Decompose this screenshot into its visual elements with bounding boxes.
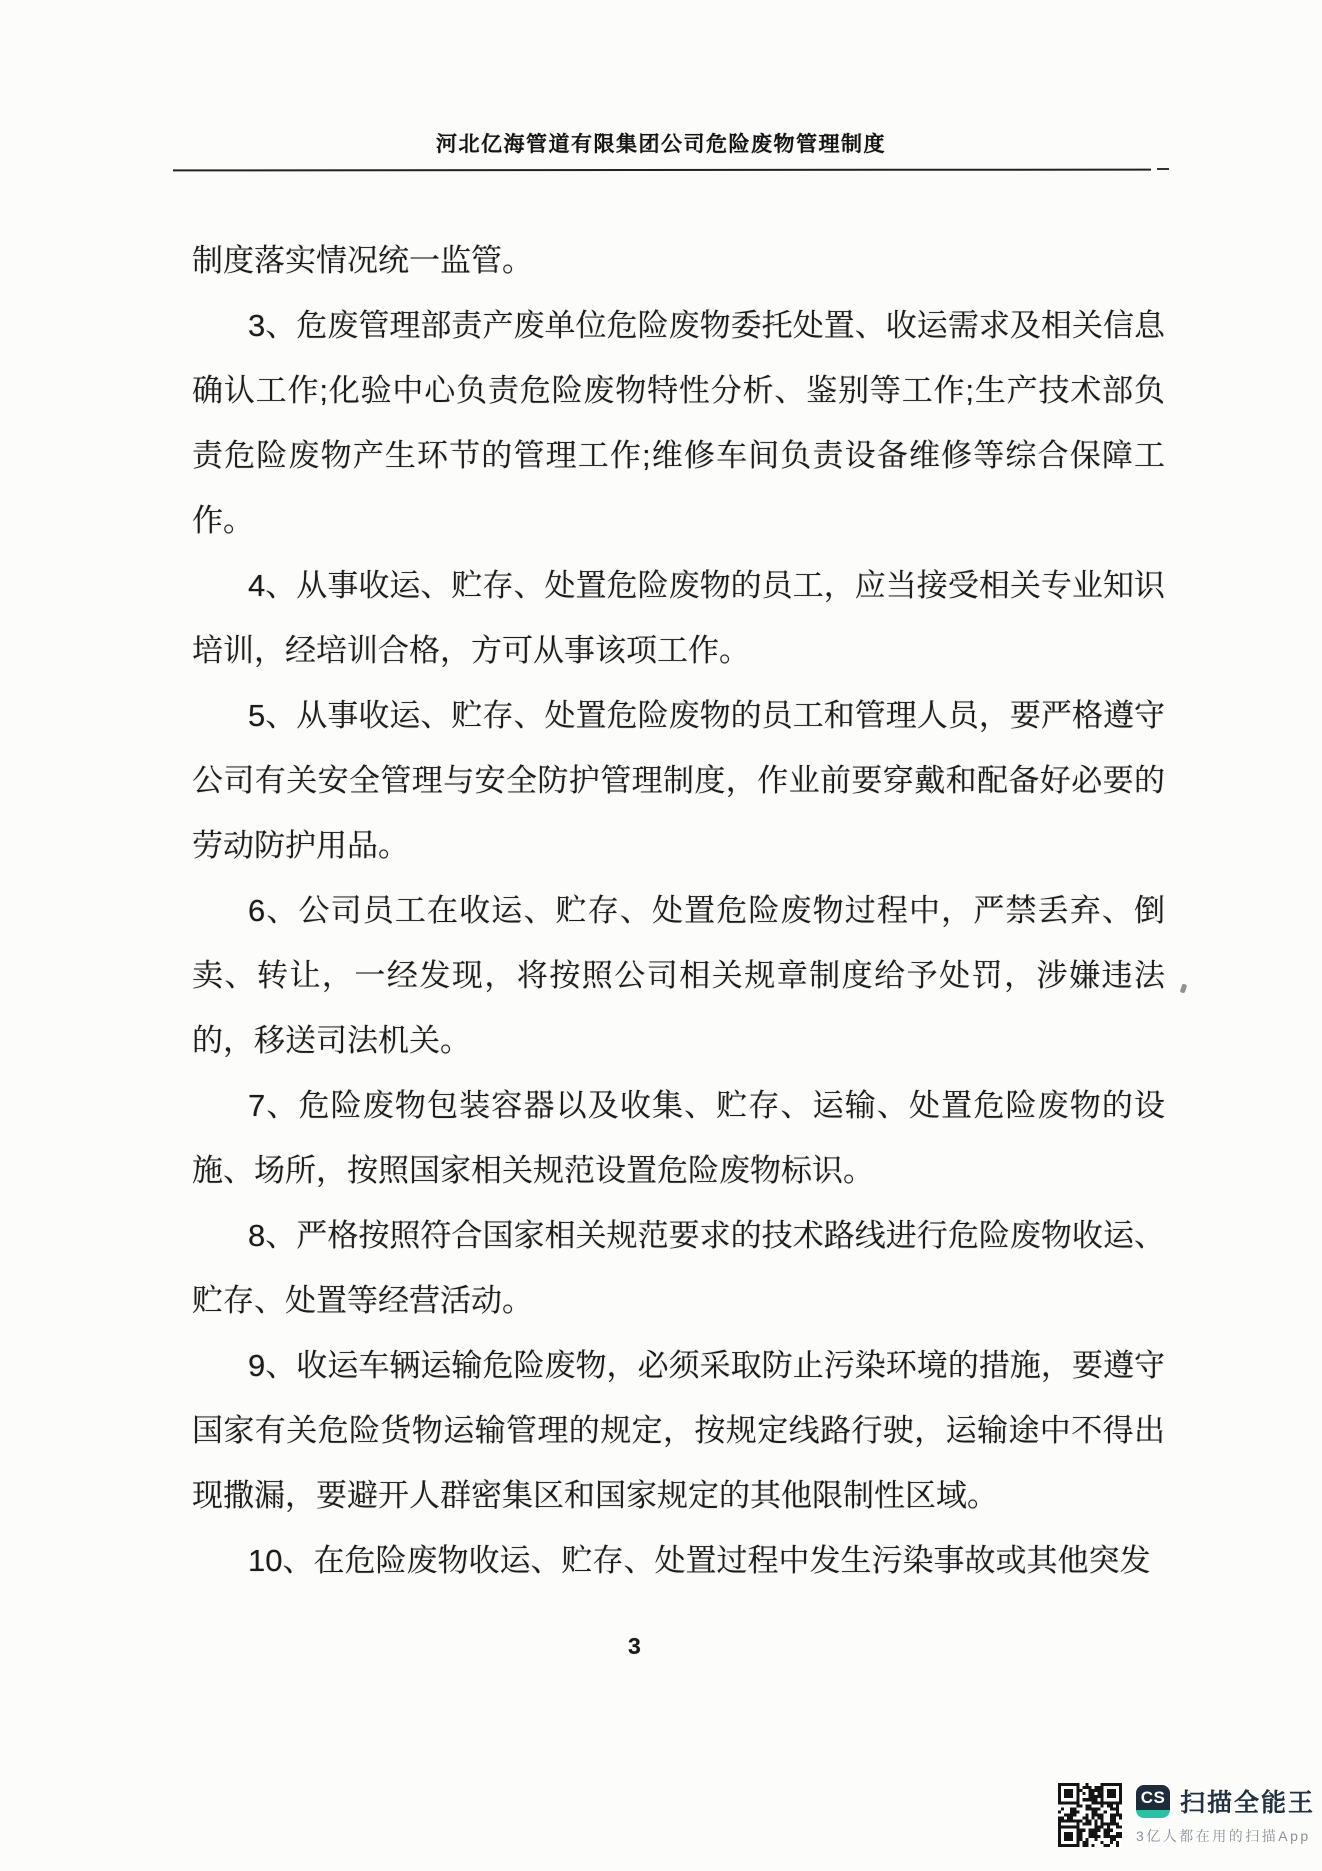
paragraph: 8、严格按照符合国家相关规范要求的技术路线进行危险废物收运、贮存、处置等经营活动… [192,1203,1165,1333]
document-body: 制度落实情况统一监管。3、危废管理部责产废单位危险废物委托处置、收运需求及相关信… [192,228,1165,1593]
qr-code-icon [1058,1783,1122,1847]
paragraph: 9、收运车辆运输危险废物，必须采取防止污染环境的措施，要遵守国家有关危险货物运输… [192,1333,1165,1528]
page-number: 3 [628,1633,641,1660]
paragraph: 制度落实情况统一监管。 [192,228,1165,293]
camscanner-logo-initials: CS [1141,1785,1166,1810]
scanned-document-page: 河北亿海管道有限集团公司危险废物管理制度 制度落实情况统一监管。3、危废管理部责… [0,0,1322,1871]
document-title: 河北亿海管道有限集团公司危险废物管理制度 [436,133,886,156]
watermark-tagline: 3亿人都在用的扫描App [1136,1826,1315,1846]
camscanner-watermark: CS 扫描全能王 3亿人都在用的扫描App [1058,1783,1315,1847]
paragraph: 10、在危险废物收运、贮存、处置过程中发生污染事故或其他突发 [192,1528,1165,1593]
document-header: 河北亿海管道有限集团公司危险废物管理制度 [0,128,1322,158]
scan-artifact [1180,983,1188,993]
watermark-app-name: 扫描全能王 [1180,1783,1315,1819]
header-divider [173,169,1151,172]
paragraph: 4、从事收运、贮存、处置危险废物的员工，应当接受相关专业知识培训，经培训合格，方… [192,553,1165,683]
paragraph: 5、从事收运、贮存、处置危险废物的员工和管理人员，要严格遵守公司有关安全管理与安… [192,683,1165,878]
camscanner-logo-icon: CS [1136,1785,1170,1818]
header-divider-tick [1157,168,1169,170]
paragraph: 3、危废管理部责产废单位危险废物委托处置、收运需求及相关信息确认工作;化验中心负… [192,293,1165,553]
paragraph: 7、危险废物包装容器以及收集、贮存、运输、处置危险废物的设施、场所，按照国家相关… [192,1073,1165,1203]
paragraph: 6、公司员工在收运、贮存、处置危险废物过程中，严禁丢弃、倒卖、转让，一经发现，将… [192,878,1165,1073]
watermark-text-block: CS 扫描全能王 3亿人都在用的扫描App [1136,1783,1315,1846]
